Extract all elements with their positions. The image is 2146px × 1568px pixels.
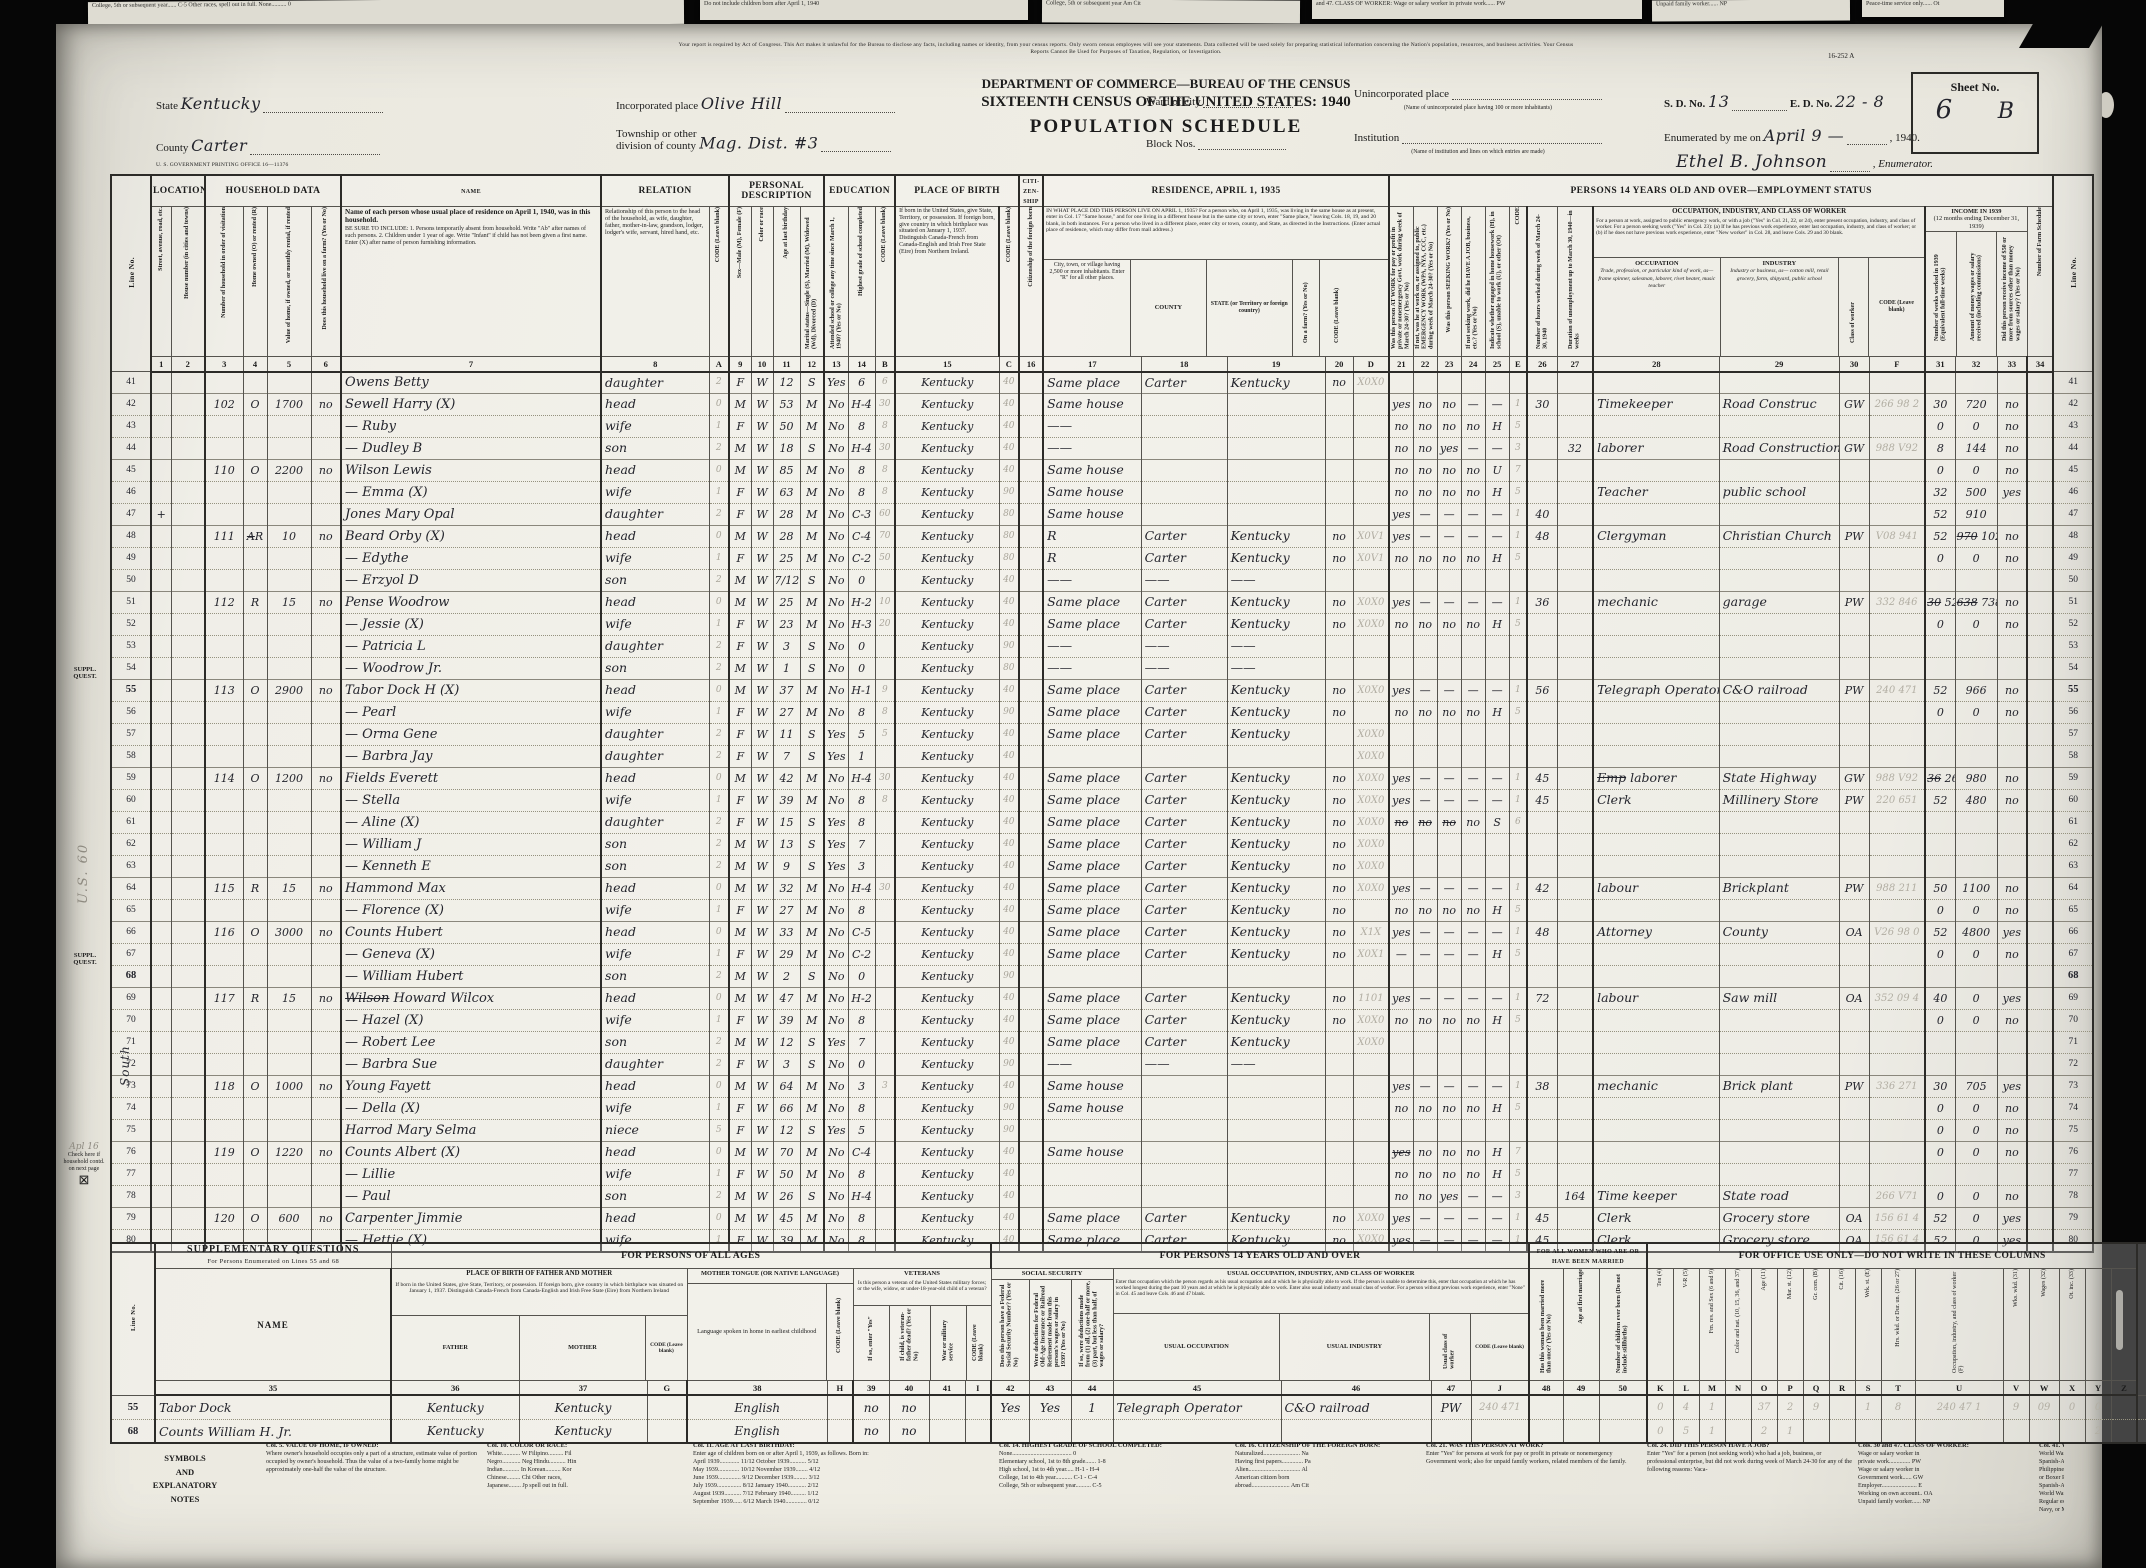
cell-cit	[1019, 900, 1043, 922]
line-number: 62	[111, 834, 151, 856]
cell-hh	[205, 504, 243, 526]
cell-w3: no	[1437, 1164, 1461, 1186]
cell-f20: no	[1325, 834, 1353, 856]
cell-oth: no	[1997, 592, 2027, 614]
cell-w5	[1485, 834, 1509, 856]
cell-hh	[205, 482, 243, 504]
cell-sch: No	[824, 966, 848, 988]
cell-stt: ——	[1227, 1054, 1325, 1076]
cell-race: W	[751, 856, 773, 878]
cell-sex: M	[729, 856, 751, 878]
cell-w2	[1413, 658, 1437, 680]
cell-city	[1043, 1120, 1141, 1142]
cell-cB: 5	[875, 724, 895, 746]
line-number: 41	[2053, 372, 2093, 394]
cell-ind	[1719, 1098, 1839, 1120]
cell-sch: Yes	[824, 856, 848, 878]
cell-cD: X0X0	[1353, 1032, 1389, 1054]
cell-w5	[1485, 856, 1509, 878]
cell-own: R	[243, 592, 267, 614]
cell-w2	[1413, 372, 1437, 394]
cell-age: 47	[773, 988, 800, 1010]
cell-w5: H	[1485, 1142, 1509, 1164]
cell-age: 64	[773, 1076, 800, 1098]
col-number: 22	[1413, 357, 1437, 372]
cell-w2: —	[1413, 988, 1437, 1010]
cell-f6	[311, 1098, 341, 1120]
line-no-header: Line No.	[111, 1243, 155, 1395]
line-number: 68	[2137, 1419, 2146, 1443]
cell-cD: X0X0	[1353, 790, 1389, 812]
cell-w4	[1461, 1032, 1485, 1054]
cell-city: Same house	[1043, 1076, 1141, 1098]
cell-cB: 10	[875, 592, 895, 614]
supp-cell-h	[827, 1395, 853, 1419]
cell-hrs: 48	[1527, 526, 1557, 548]
office-cell: 9	[2003, 1395, 2029, 1419]
cell-city: R	[1043, 548, 1141, 570]
cell-cD	[1353, 1076, 1389, 1098]
cell-w2	[1413, 636, 1437, 658]
cell-cit	[1019, 614, 1043, 636]
cell-city: Same house	[1043, 394, 1141, 416]
cell-race: W	[751, 966, 773, 988]
cell-mar: M	[800, 614, 824, 636]
cell-hn	[171, 724, 205, 746]
cell-dur	[1557, 636, 1593, 658]
cell-hh	[205, 1120, 243, 1142]
cell-sch: Yes	[824, 812, 848, 834]
sd-value: 13	[1708, 92, 1729, 111]
cell-cD: X0X0	[1353, 592, 1389, 614]
cell-hh: 116	[205, 922, 243, 944]
cell-age: 28	[773, 526, 800, 548]
col-desc-cE: CODE	[1509, 207, 1527, 357]
cell-age: 45	[773, 1208, 800, 1230]
cell-st	[151, 394, 171, 416]
office-cell: 2	[2085, 1419, 2111, 1443]
cell-sch: No	[824, 460, 848, 482]
cell-cty: Carter	[1141, 614, 1227, 636]
cell-wks: 30	[1925, 394, 1955, 416]
cell-w5	[1485, 724, 1509, 746]
cell-sch: No	[824, 592, 848, 614]
cell-f34	[2027, 680, 2053, 702]
cell-hn	[171, 834, 205, 856]
cell-rel: head	[601, 394, 709, 416]
cell-sex: F	[729, 790, 751, 812]
note-block: Col. 21. WAS THIS PERSON AT WORK?Enter "…	[1426, 1438, 1641, 1566]
cell-dur: 32	[1557, 438, 1593, 460]
line-number: 75	[2053, 1120, 2093, 1142]
cell-cC: 80	[999, 658, 1019, 680]
col-letter: M	[1699, 1380, 1725, 1395]
cell-bp: Kentucky	[895, 988, 999, 1010]
cell-name: — Kenneth E	[341, 856, 601, 878]
cell-wks	[1925, 746, 1955, 768]
cell-dur	[1557, 922, 1593, 944]
cell-val	[267, 834, 311, 856]
cell-wks	[1925, 724, 1955, 746]
cell-f20	[1325, 1098, 1353, 1120]
cell-dur	[1557, 1098, 1593, 1120]
cell-f6: no	[311, 526, 341, 548]
cell-f6	[311, 1120, 341, 1142]
cell-cls	[1839, 1164, 1869, 1186]
column-group: CITI- ZEN- SHIP	[1019, 175, 1043, 207]
cell-oth: yes	[1997, 1076, 2027, 1098]
cell-cit	[1019, 1010, 1043, 1032]
cell-w2: no	[1413, 1010, 1437, 1032]
line-number: 46	[2053, 482, 2093, 504]
cell-f6	[311, 746, 341, 768]
cell-cB	[875, 966, 895, 988]
col-number: 43	[1029, 1380, 1071, 1395]
cell-age: 3	[773, 636, 800, 658]
cell-wg	[1955, 856, 1997, 878]
cell-wg: 0	[1955, 1120, 1997, 1142]
cell-hn	[171, 636, 205, 658]
cell-cty: ——	[1141, 570, 1227, 592]
col-number: 27	[1557, 357, 1593, 372]
cell-mar: M	[800, 548, 824, 570]
col-number: 18	[1141, 357, 1227, 372]
person-row: 57— Orma Genedaughter2FW11SYes55Kentucky…	[111, 724, 2093, 746]
office-cell: 0	[2059, 1395, 2085, 1419]
cell-st	[151, 548, 171, 570]
cell-ind	[1719, 614, 1839, 636]
cell-cD: X0X0	[1353, 680, 1389, 702]
cell-cA: 1	[709, 1098, 729, 1120]
cell-cF: 266 98 2	[1869, 394, 1925, 416]
cell-cF	[1869, 856, 1925, 878]
cell-age: 9	[773, 856, 800, 878]
cell-w3: no	[1437, 702, 1461, 724]
cell-cE: 1	[1509, 768, 1527, 790]
cell-oth: no	[1997, 1142, 2027, 1164]
cell-oth	[1997, 724, 2027, 746]
cell-f34	[2027, 746, 2053, 768]
col-number: D	[1353, 357, 1389, 372]
cell-cA: 0	[709, 1208, 729, 1230]
cell-wks	[1925, 570, 1955, 592]
col-letter: Z	[2111, 1380, 2137, 1395]
cell-f20: no	[1325, 680, 1353, 702]
cell-name: Jones Mary Opal	[341, 504, 601, 526]
cell-cF	[1869, 504, 1925, 526]
cell-w2: —	[1413, 680, 1437, 702]
cell-wg: 720	[1955, 394, 1997, 416]
cell-wks: 0	[1925, 944, 1955, 966]
cell-cit	[1019, 592, 1043, 614]
cell-gr: 0	[848, 966, 875, 988]
cell-val: 15	[267, 878, 311, 900]
person-row: 70— Hazel (X)wife1FW39MNo8Kentucky40Same…	[111, 1010, 2093, 1032]
cell-f6	[311, 966, 341, 988]
line-number: 55	[111, 1395, 155, 1419]
torn-corner	[2019, 22, 2104, 48]
cell-cit	[1019, 372, 1043, 394]
cell-occ: laborer	[1593, 438, 1719, 460]
cell-occ: mechanic	[1593, 1076, 1719, 1098]
women-col: Number of children ever born (Do not inc…	[1599, 1268, 1647, 1380]
cell-ind: State Highway	[1719, 768, 1839, 790]
cell-gr: H-4	[848, 438, 875, 460]
cell-cD: X1X	[1353, 922, 1389, 944]
note-block: Cols. 30 and 47. CLASS OF WORKER:Wage or…	[1858, 1438, 2033, 1566]
cell-wg: 500	[1955, 482, 1997, 504]
cell-w3: —	[1437, 592, 1461, 614]
cell-hh	[205, 438, 243, 460]
cell-stt	[1227, 504, 1325, 526]
cell-w3	[1437, 636, 1461, 658]
cell-w4: no	[1461, 416, 1485, 438]
cell-oth: no	[1997, 1098, 2027, 1120]
usual-occupation-group: USUAL OCCUPATION, INDUSTRY, AND CLASS OF…	[1113, 1268, 1529, 1380]
cell-age: 25	[773, 548, 800, 570]
col-letter: R	[1829, 1380, 1855, 1395]
cell-cA: 1	[709, 1164, 729, 1186]
cell-st	[151, 438, 171, 460]
cell-occ	[1593, 724, 1719, 746]
cell-cD	[1353, 416, 1389, 438]
cell-st: +	[151, 504, 171, 526]
cell-ind: public school	[1719, 482, 1839, 504]
col-number: 24	[1461, 357, 1485, 372]
cell-val	[267, 702, 311, 724]
cell-cB	[875, 570, 895, 592]
cell-stt	[1227, 1098, 1325, 1120]
cell-name: — Woodrow Jr.	[341, 658, 601, 680]
cell-cE: 7	[1509, 1142, 1527, 1164]
cell-val	[267, 746, 311, 768]
person-row: 51112R15noPense Woodrowhead0MW25MNoH-210…	[111, 592, 2093, 614]
person-row: 55113O2900noTabor Dock H (X)head0MW37MNo…	[111, 680, 2093, 702]
cell-st	[151, 856, 171, 878]
cell-f34	[2027, 482, 2053, 504]
cell-st	[151, 988, 171, 1010]
cell-name: — Dudley B	[341, 438, 601, 460]
cell-city	[1043, 1186, 1141, 1208]
cell-w5: —	[1485, 1186, 1509, 1208]
cell-hn	[171, 614, 205, 636]
cell-gr: 3	[848, 856, 875, 878]
date-pencil: Apl 16	[69, 1142, 98, 1152]
cell-cA: 5	[709, 1120, 729, 1142]
cell-w4: no	[1461, 460, 1485, 482]
cell-rel: wife	[601, 416, 709, 438]
cell-occ	[1593, 504, 1719, 526]
enumerated-label: Enumerated by me on	[1664, 132, 1761, 144]
person-row: 50— Erzyol Dson2MW7/12SNo0Kentucky40————…	[111, 570, 2093, 592]
cell-cB	[875, 636, 895, 658]
township-label-1: Township or other	[616, 128, 697, 140]
cell-cit	[1019, 768, 1043, 790]
cell-cA: 2	[709, 966, 729, 988]
cell-own	[243, 482, 267, 504]
cell-gr: 5	[848, 724, 875, 746]
cell-val	[267, 1186, 311, 1208]
cell-sch: No	[824, 922, 848, 944]
cell-hh	[205, 746, 243, 768]
torn-fragment: and 47. CLASS OF WORKER: Wage or salary …	[1312, 0, 1642, 19]
cell-hrs: 38	[1527, 1076, 1557, 1098]
line-no-header: Line No.	[2137, 1243, 2146, 1395]
cell-cA: 2	[709, 570, 729, 592]
cell-city: Same house	[1043, 504, 1141, 526]
cell-cF: 336 271	[1869, 1076, 1925, 1098]
cell-age: 27	[773, 900, 800, 922]
cell-bp: Kentucky	[895, 460, 999, 482]
cell-w4: —	[1461, 768, 1485, 790]
cell-st	[151, 768, 171, 790]
cell-oth: no	[1997, 614, 2027, 636]
cell-cD: X0X0	[1353, 768, 1389, 790]
cell-ind	[1719, 1010, 1839, 1032]
cell-w1: yes	[1389, 592, 1413, 614]
supp-cell-name: Tabor Dock	[155, 1395, 391, 1419]
cell-race: W	[751, 746, 773, 768]
cell-ind	[1719, 570, 1839, 592]
cell-f34	[2027, 636, 2053, 658]
cell-w4: —	[1461, 790, 1485, 812]
cell-wks: 0	[1925, 416, 1955, 438]
cell-f20: no	[1325, 812, 1353, 834]
supp-cell-occ: Telegraph Operator	[1113, 1395, 1281, 1419]
cell-st	[151, 658, 171, 680]
cell-cC: 40	[999, 900, 1019, 922]
cell-cA: 2	[709, 636, 729, 658]
col-number: 3	[205, 357, 243, 372]
column-group: PERSONS 14 YEARS OLD AND OVER—EMPLOYMENT…	[1389, 175, 2053, 207]
cell-sch: No	[824, 1164, 848, 1186]
cell-city	[1043, 966, 1141, 988]
cell-cit	[1019, 1164, 1043, 1186]
cell-f6	[311, 724, 341, 746]
cell-hh	[205, 1186, 243, 1208]
cell-hn	[171, 526, 205, 548]
line-no-header: Line No.	[2053, 175, 2093, 372]
cell-st	[151, 1010, 171, 1032]
cell-stt: Kentucky	[1227, 372, 1325, 394]
cell-cit	[1019, 988, 1043, 1010]
cell-w1: yes	[1389, 878, 1413, 900]
cell-rel: head	[601, 988, 709, 1010]
cell-cC: 40	[999, 416, 1019, 438]
cell-bp: Kentucky	[895, 1032, 999, 1054]
cell-cB: 9	[875, 680, 895, 702]
cell-st	[151, 570, 171, 592]
cell-age: 63	[773, 482, 800, 504]
cell-cF	[1869, 416, 1925, 438]
line-number: 55	[2137, 1395, 2146, 1419]
col-desc-cit: Citizenship of the foreign born	[1019, 207, 1043, 357]
cell-hn	[171, 680, 205, 702]
col-desc-st: Street, avenue, road, etc.	[151, 207, 171, 357]
col-desc-hh: Number of household in order of visitati…	[205, 207, 243, 357]
cell-w2: no	[1413, 548, 1437, 570]
cell-city: Same place	[1043, 900, 1141, 922]
cell-dur	[1557, 1142, 1593, 1164]
cell-sch: No	[824, 526, 848, 548]
cell-hrs	[1527, 724, 1557, 746]
line-number: 65	[111, 900, 151, 922]
cell-cls	[1839, 1120, 1869, 1142]
cell-w4: no	[1461, 900, 1485, 922]
cell-val	[267, 1010, 311, 1032]
cell-wg: 980	[1955, 768, 1997, 790]
cell-rel: daughter	[601, 636, 709, 658]
cell-cty: Carter	[1141, 922, 1227, 944]
cell-cls: OA	[1839, 1208, 1869, 1230]
cell-sch: No	[824, 614, 848, 636]
cell-bp: Kentucky	[895, 856, 999, 878]
cell-dur	[1557, 548, 1593, 570]
cell-ind	[1719, 460, 1839, 482]
col-number: B	[875, 357, 895, 372]
cell-wks: 8	[1925, 438, 1955, 460]
cell-w3: no	[1437, 1098, 1461, 1120]
cell-rel: son	[601, 834, 709, 856]
cell-w5: H	[1485, 702, 1509, 724]
col-desc-w1: Was this person AT WORK for pay or profi…	[1389, 207, 1413, 357]
col-number: 36	[391, 1380, 519, 1395]
cell-cty: Carter	[1141, 856, 1227, 878]
cell-oth	[1997, 658, 2027, 680]
cell-cB	[875, 812, 895, 834]
col-number: 30	[1839, 357, 1869, 372]
person-row: 42102O1700noSewell Harry (X)head0MW53MNo…	[111, 394, 2093, 416]
cell-f6	[311, 570, 341, 592]
cell-own: O	[243, 922, 267, 944]
cell-cF	[1869, 702, 1925, 724]
cell-gr: H-4	[848, 878, 875, 900]
cell-own: R	[243, 878, 267, 900]
cell-bp: Kentucky	[895, 1076, 999, 1098]
cell-race: W	[751, 944, 773, 966]
cell-age: 2	[773, 966, 800, 988]
person-row: 43— Rubywife1FW50MNo88Kentucky40——nonono…	[111, 416, 2093, 438]
cell-mar: S	[800, 966, 824, 988]
cell-hh	[205, 724, 243, 746]
contd-note: Apl 16 Check here if household contd. on…	[60, 1142, 108, 1188]
cell-cC: 40	[999, 1076, 1019, 1098]
cell-cls	[1839, 702, 1869, 724]
state-value: Kentucky	[181, 94, 261, 113]
line-number: 77	[111, 1164, 151, 1186]
cell-st	[151, 812, 171, 834]
cell-sch: No	[824, 482, 848, 504]
col-desc-cB: CODE (Leave blank)	[875, 207, 895, 357]
col-desc-f6: Does this household live on a farm? (Yes…	[311, 207, 341, 357]
cell-age: 12	[773, 1032, 800, 1054]
cell-race: W	[751, 1032, 773, 1054]
cell-dur	[1557, 394, 1593, 416]
line-number: 74	[111, 1098, 151, 1120]
cell-rel: head	[601, 1142, 709, 1164]
column-group: RELATION	[601, 175, 729, 207]
cell-w2: —	[1413, 592, 1437, 614]
cell-race: W	[751, 702, 773, 724]
cell-cC: 40	[999, 614, 1019, 636]
cell-f34	[2027, 592, 2053, 614]
cell-w3: —	[1437, 1076, 1461, 1098]
cell-occ: Emp laborer	[1593, 768, 1719, 790]
cell-w4: —	[1461, 504, 1485, 526]
cell-occ	[1593, 372, 1719, 394]
cell-occ: Timekeeper	[1593, 394, 1719, 416]
cell-w1: yes	[1389, 394, 1413, 416]
